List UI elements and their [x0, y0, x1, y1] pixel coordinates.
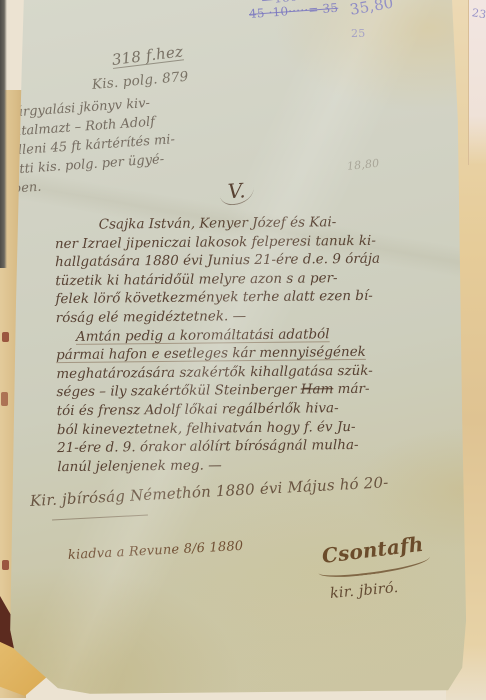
- document-photo: 23 —180-80 45 ·10·····= 35 35,80 25 18,8…: [0, 0, 486, 700]
- neighbor-page-number: 23: [471, 6, 486, 21]
- blue-pencil-amount: 35,80: [348, 0, 394, 19]
- court-dateline: Kir. jbíróság Némethón 1880 évi Május hó…: [30, 473, 389, 510]
- faint-pencil-amount: 18,80: [346, 157, 380, 173]
- dateline-underline-stroke: [52, 514, 148, 520]
- docket-reference: Kis. polg. 879: [91, 69, 189, 93]
- issuance-note: kiadva a Revune 8/6 1880: [68, 539, 244, 563]
- blue-pencil-small-number: 25: [351, 27, 365, 40]
- neighbor-page-right: [468, 0, 486, 165]
- ink-fragment-mark: [1, 392, 8, 406]
- ruling-body-text: Csajka István, Kenyer Józef és Kai- ner …: [55, 212, 462, 477]
- docket-number: 318 f.hez: [111, 42, 184, 69]
- manuscript-page: —180-80 45 ·10·····= 35 35,80 25 18,80 3…: [0, 0, 486, 700]
- signature-title: kir. jbiró.: [329, 580, 399, 602]
- body-line: lanúl jelenjenek meg. —: [57, 454, 461, 477]
- body-line-part: már-: [333, 381, 369, 397]
- ink-fragment-mark: [2, 332, 9, 342]
- shadow-edge-left: [0, 0, 7, 268]
- ink-fragment-mark: [2, 560, 9, 570]
- section-mark: V.: [219, 178, 254, 206]
- struck-word: Ham: [301, 382, 334, 398]
- body-line-part: séges – ily szakértőkül Steinberger: [56, 382, 300, 401]
